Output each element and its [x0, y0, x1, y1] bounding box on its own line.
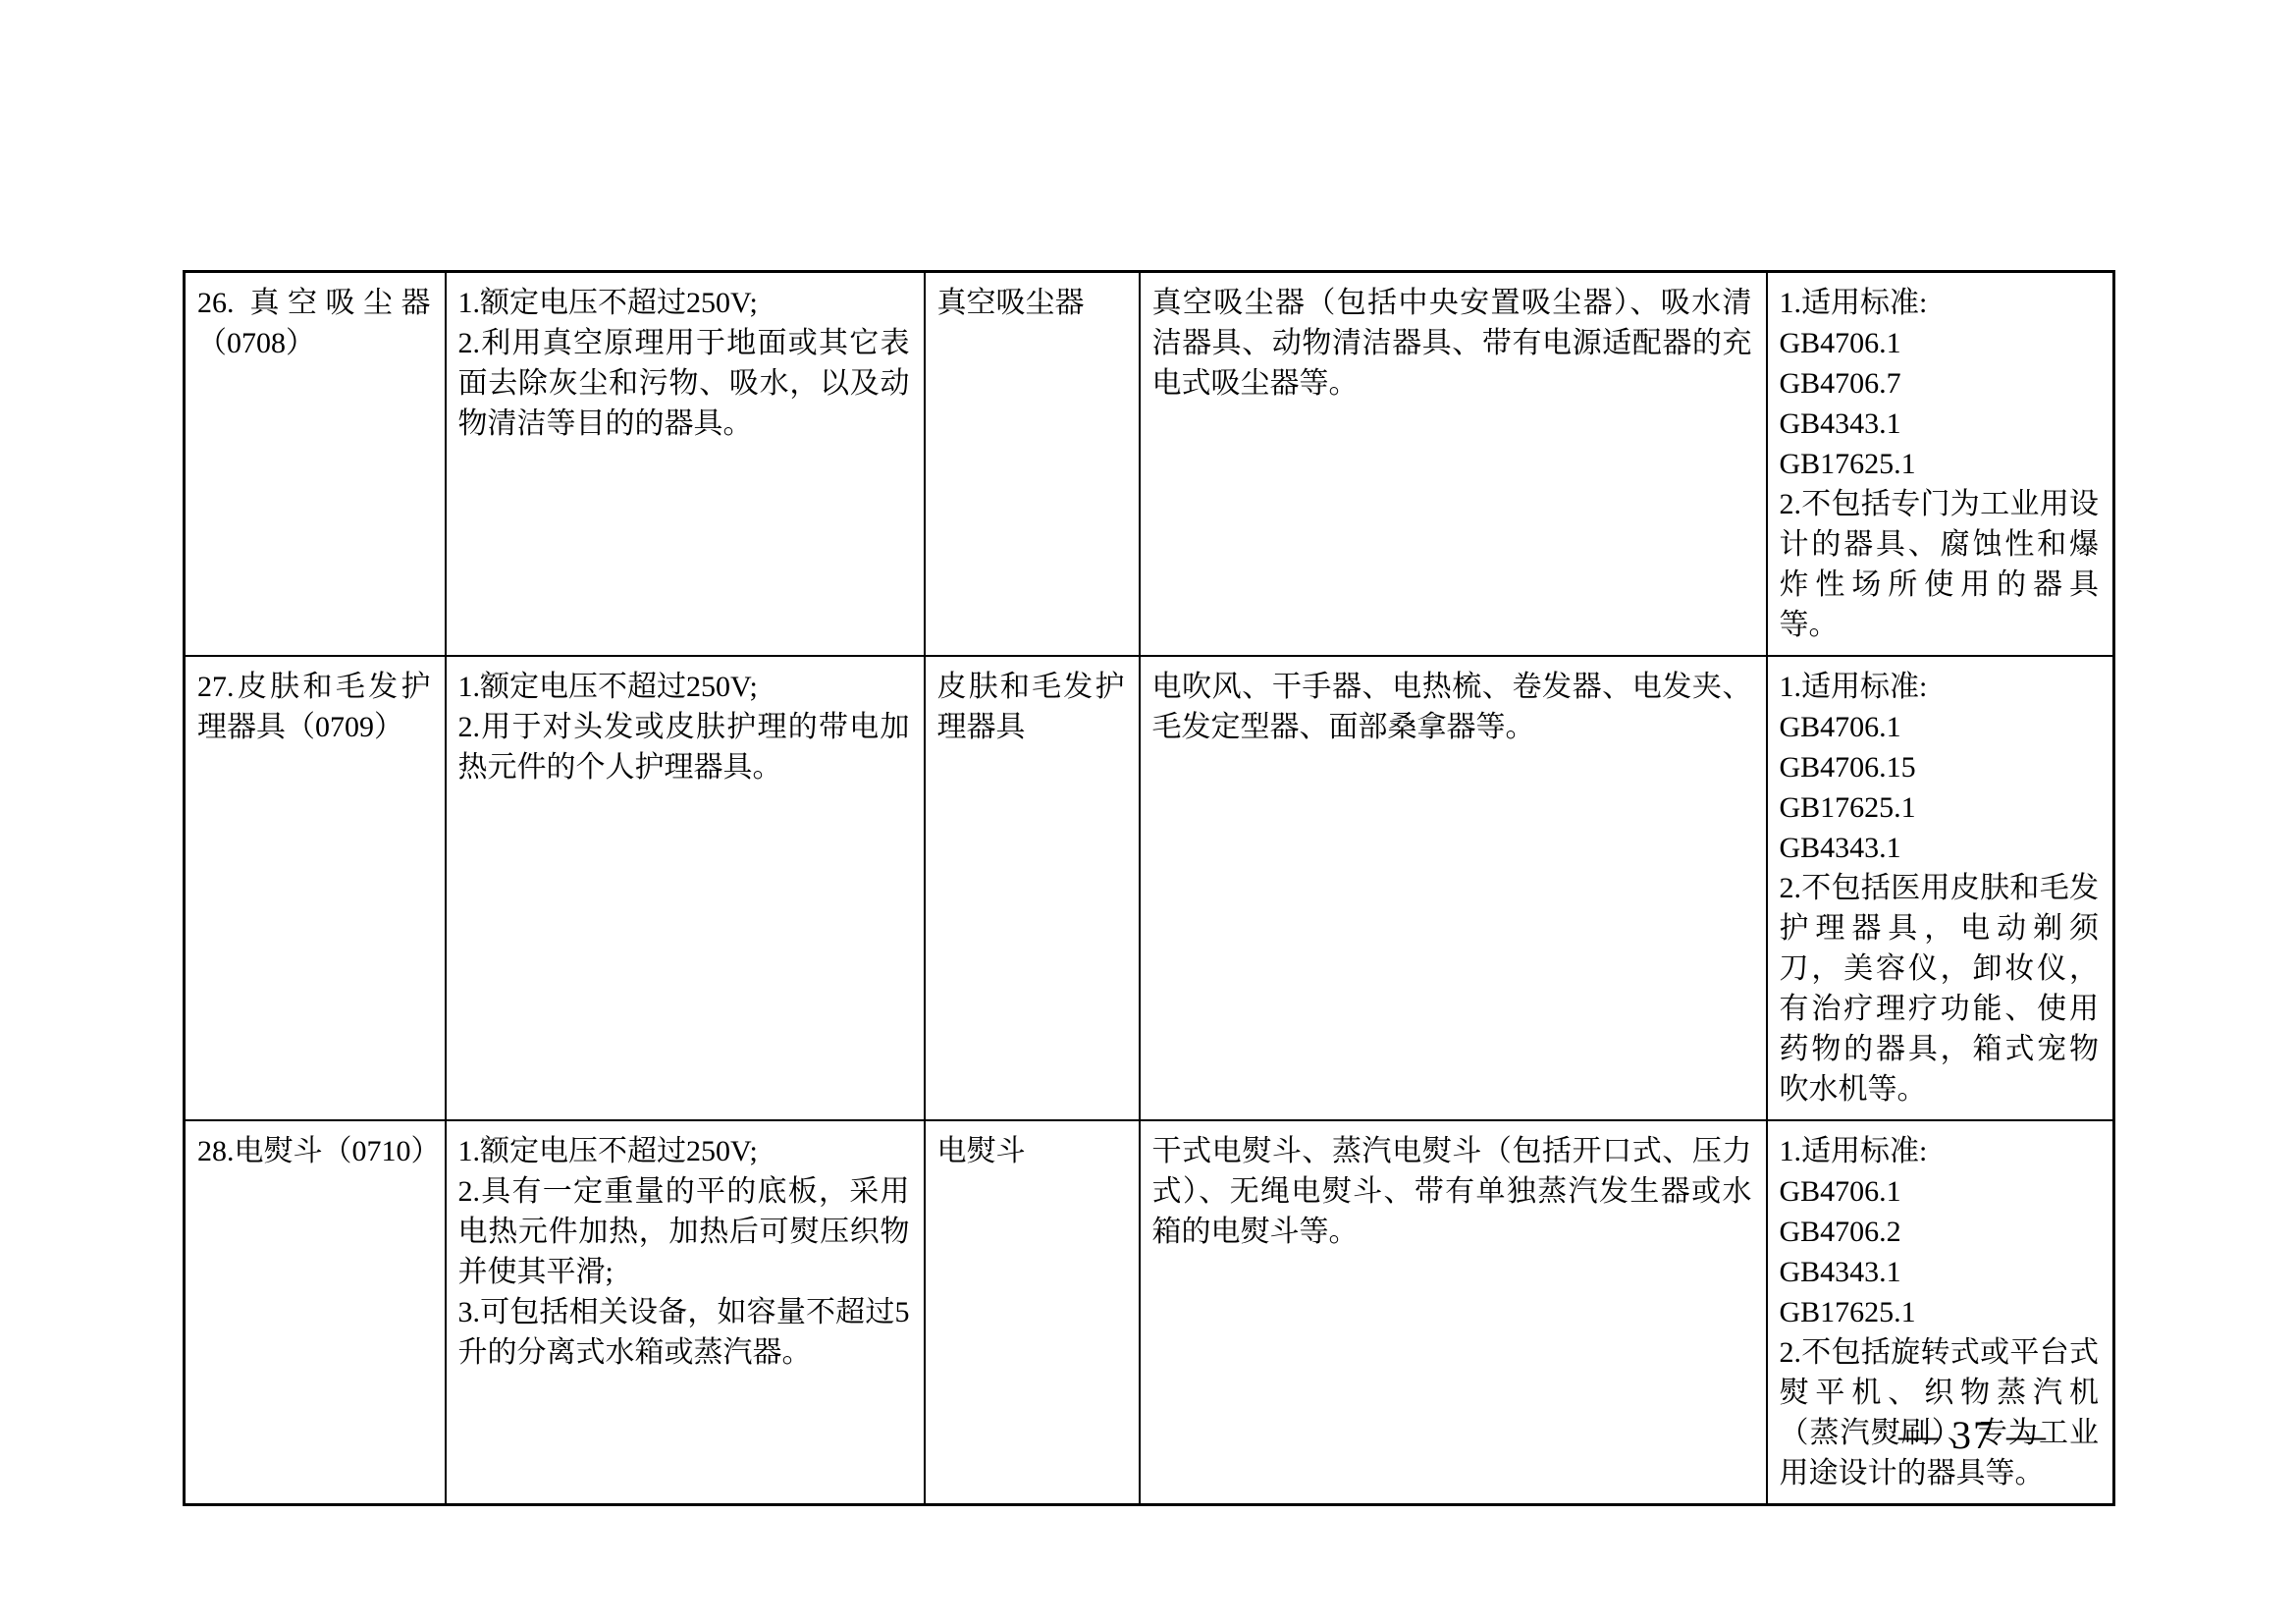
examples-text: 干式电熨斗、蒸汽电熨斗（包括开口式、压力式）、无绳电熨斗、带有单独蒸汽发生器或水…	[1152, 1131, 1752, 1252]
requirements-cell: 1.额定电压不超过250V; 2.用于对头发或皮肤护理的带电加热元件的个人护理器…	[446, 656, 925, 1120]
standards-heading: 1.适用标准:	[1780, 1131, 2100, 1171]
category-name: 27.皮肤和毛发护理器具（0709）	[197, 667, 431, 747]
standards-exclusion: 2.不包括医用皮肤和毛发护理器具，电动剃须刀，美容仪，卸妆仪，有治疗理疗功能、使…	[1780, 868, 2100, 1110]
examples-text: 真空吸尘器（包括中央安置吸尘器）、吸水清洁器具、动物清洁器具、带有电源适配器的充…	[1152, 283, 1752, 404]
standards-cell: 1.适用标准: GB4706.1 GB4706.7 GB4343.1 GB176…	[1767, 272, 2114, 657]
requirements-cell: 1.额定电压不超过250V; 2.具有一定重量的平的底板，采用电热元件加热，加热…	[446, 1120, 925, 1505]
standard-code: GB4706.7	[1780, 363, 2100, 404]
product-name-cell: 皮肤和毛发护理器具	[925, 656, 1140, 1120]
examples-cell: 电吹风、干手器、电热梳、卷发器、电发夹、毛发定型器、面部桑拿器等。	[1140, 656, 1767, 1120]
standards-exclusion: 2.不包括专门为工业用设计的器具、腐蚀性和爆炸性场所使用的器具等。	[1780, 484, 2100, 645]
document-page: 26. 真空吸尘器（0708） 1.额定电压不超过250V; 2.利用真空原理用…	[0, 0, 2296, 1624]
standard-code: GB17625.1	[1780, 444, 2100, 484]
requirement-item: 2.利用真空原理用于地面或其它表面去除灰尘和污物、吸水，以及动物清洁等目的的器具…	[458, 323, 910, 444]
product-name-cell: 电熨斗	[925, 1120, 1140, 1505]
examples-text: 电吹风、干手器、电热梳、卷发器、电发夹、毛发定型器、面部桑拿器等。	[1152, 667, 1752, 747]
requirements-cell: 1.额定电压不超过250V; 2.利用真空原理用于地面或其它表面去除灰尘和污物、…	[446, 272, 925, 657]
standards-heading: 1.适用标准:	[1780, 667, 2100, 707]
standards-cell: 1.适用标准: GB4706.1 GB4706.15 GB17625.1 GB4…	[1767, 656, 2114, 1120]
requirement-item: 1.额定电压不超过250V;	[458, 1131, 910, 1171]
table-row: 27.皮肤和毛发护理器具（0709） 1.额定电压不超过250V; 2.用于对头…	[185, 656, 2114, 1120]
standard-code: GB4706.1	[1780, 1171, 2100, 1212]
product-name: 真空吸尘器	[937, 283, 1125, 323]
requirement-item: 1.额定电压不超过250V;	[458, 667, 910, 707]
requirement-item: 3.可包括相关设备，如容量不超过5升的分离式水箱或蒸汽器。	[458, 1292, 910, 1373]
standard-code: GB4706.15	[1780, 747, 2100, 787]
requirement-item: 2.用于对头发或皮肤护理的带电加热元件的个人护理器具。	[458, 707, 910, 787]
category-name: 26. 真空吸尘器（0708）	[197, 283, 431, 363]
standard-code: GB17625.1	[1780, 787, 2100, 828]
requirement-item: 2.具有一定重量的平的底板，采用电热元件加热，加热后可熨压织物并使其平滑;	[458, 1171, 910, 1292]
examples-cell: 真空吸尘器（包括中央安置吸尘器）、吸水清洁器具、动物清洁器具、带有电源适配器的充…	[1140, 272, 1767, 657]
examples-cell: 干式电熨斗、蒸汽电熨斗（包括开口式、压力式）、无绳电熨斗、带有单独蒸汽发生器或水…	[1140, 1120, 1767, 1505]
product-name: 皮肤和毛发护理器具	[937, 667, 1125, 747]
table-row: 28.电熨斗（0710） 1.额定电压不超过250V; 2.具有一定重量的平的底…	[185, 1120, 2114, 1505]
standard-code: GB4706.2	[1780, 1212, 2100, 1252]
category-cell: 28.电熨斗（0710）	[185, 1120, 446, 1505]
standard-code: GB4343.1	[1780, 404, 2100, 444]
standard-code: GB17625.1	[1780, 1292, 2100, 1332]
standard-code: GB4706.1	[1780, 707, 2100, 747]
standard-code: GB4343.1	[1780, 1252, 2100, 1292]
category-cell: 26. 真空吸尘器（0708）	[185, 272, 446, 657]
page-number: — 37 —	[1845, 1412, 2101, 1459]
appliance-standards-table: 26. 真空吸尘器（0708） 1.额定电压不超过250V; 2.利用真空原理用…	[183, 270, 2115, 1506]
standard-code: GB4343.1	[1780, 828, 2100, 868]
product-name: 电熨斗	[937, 1131, 1125, 1171]
category-cell: 27.皮肤和毛发护理器具（0709）	[185, 656, 446, 1120]
category-name: 28.电熨斗（0710）	[197, 1131, 431, 1171]
standards-heading: 1.适用标准:	[1780, 283, 2100, 323]
product-name-cell: 真空吸尘器	[925, 272, 1140, 657]
table-row: 26. 真空吸尘器（0708） 1.额定电压不超过250V; 2.利用真空原理用…	[185, 272, 2114, 657]
requirement-item: 1.额定电压不超过250V;	[458, 283, 910, 323]
standard-code: GB4706.1	[1780, 323, 2100, 363]
